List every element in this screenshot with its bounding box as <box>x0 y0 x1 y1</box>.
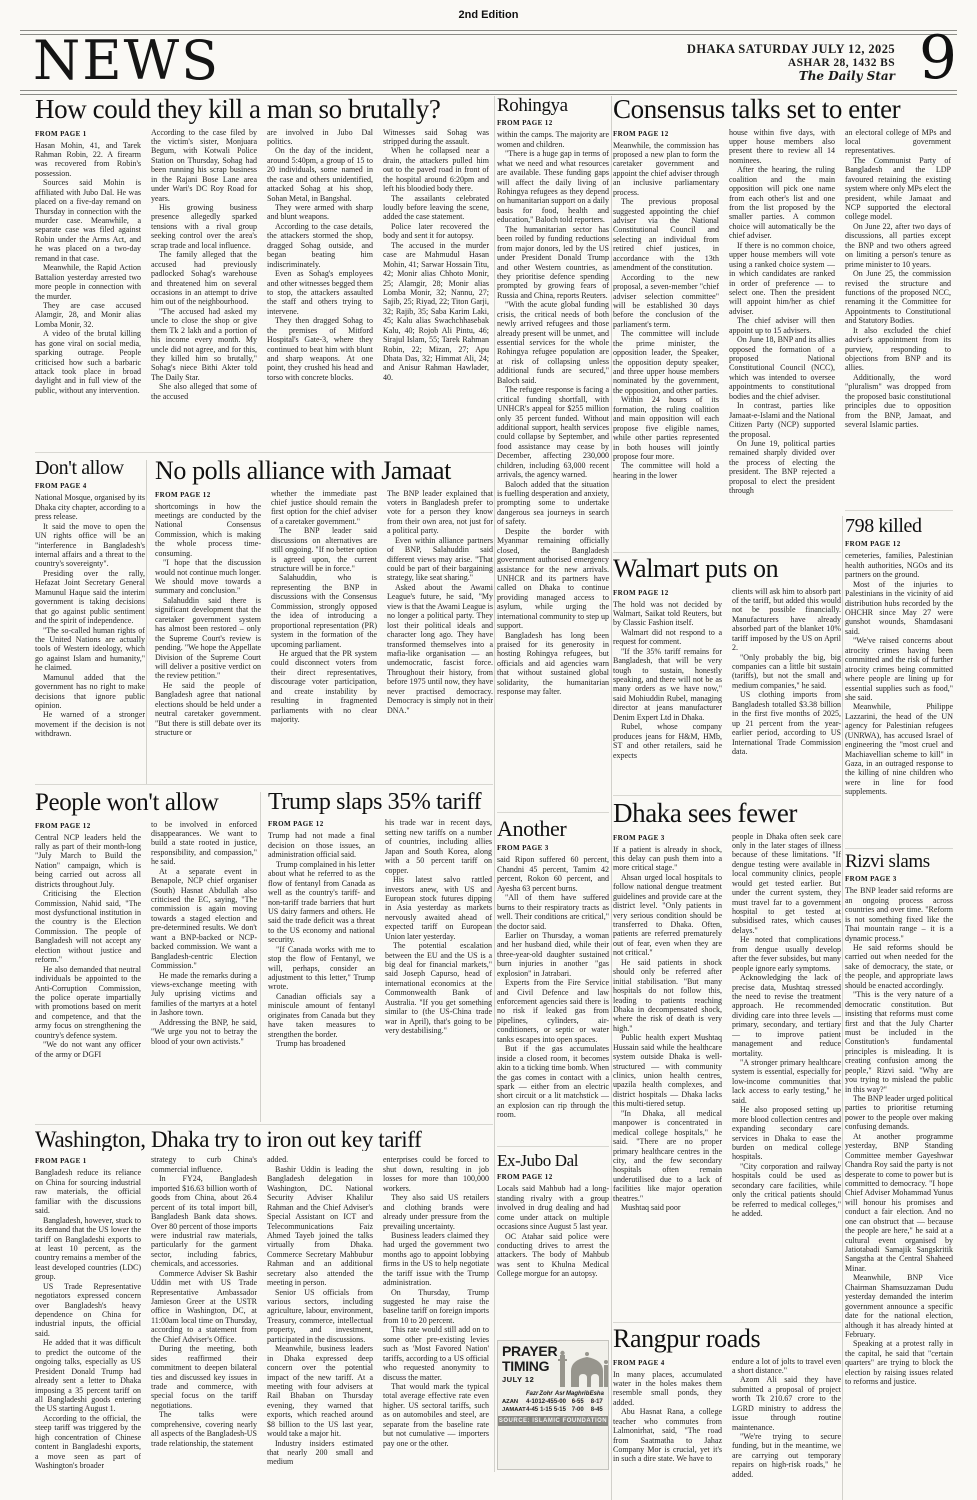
from-page-tag: FROM PAGE 12 <box>155 491 261 499</box>
paragraph: Abu Hasnat Rana, a college teacher who c… <box>613 1407 722 1464</box>
article-headline: Rangpur roads <box>613 1326 841 1353</box>
column-text: clients will ask him to absorb part of t… <box>732 587 841 757</box>
prayer-time: 5-00 <box>554 1398 566 1406</box>
article-column: FROM PAGE 12 Trump had not made a final … <box>268 818 375 1112</box>
paragraph: He also proposed setting up more blood c… <box>732 1105 841 1162</box>
article-rizvi: Rizvi slams FROM PAGE 3 The BNP leader s… <box>845 852 953 1500</box>
paragraph: His latest salvo rattled investors anew,… <box>385 875 492 941</box>
paragraph: Rubel, whose company produces jeans for … <box>613 722 722 760</box>
paragraph: She also alleged that some of the accuse… <box>151 382 257 401</box>
paper-logo: The Daily Star <box>687 69 895 84</box>
paragraph: US clothing imports from Bangladesh tota… <box>732 690 841 756</box>
paragraph: "The accused had asked my uncle to close… <box>151 307 257 383</box>
column-text: are involved in Jubo Dal politics.On the… <box>267 128 373 383</box>
paragraph: are involved in Jubo Dal politics. <box>267 128 373 147</box>
paragraph: Witnesses said Sohag was stripped during… <box>383 128 489 147</box>
prayer-col: Zohr <box>538 1390 553 1398</box>
paragraph: On June 22, after two days of discussion… <box>845 222 951 269</box>
prayer-col-spacer <box>502 1390 526 1398</box>
paragraph: Industry insiders estimated that nearly … <box>267 1439 373 1467</box>
paragraph: "If the 35% tariff remains for Banglades… <box>613 647 722 723</box>
paragraph: house within five days, with upper house… <box>729 128 835 166</box>
paragraph: The BNP leader urged political parties t… <box>845 1094 953 1132</box>
article-798-killed: 798 killed FROM PAGE 12 cemeteries, fami… <box>845 516 953 846</box>
article-headline: Another <box>497 818 609 840</box>
paragraph: He noted that complications from dengue … <box>732 935 841 973</box>
prayer-col: Asr <box>554 1390 566 1398</box>
paragraph: That would mark the typical total averag… <box>383 1382 489 1448</box>
article-column: FROM PAGE 12 The hold was not decided by… <box>613 587 722 783</box>
paragraph: After the hearing, the ruling coalition … <box>729 165 835 241</box>
column-text: people in Dhaka often seek care only in … <box>732 832 841 1219</box>
mosque-silhouette-icon <box>557 1345 609 1387</box>
prayer-table: Fazr Zohr Asr Maghrib Esha AZAN 4-10 12-… <box>502 1390 604 1414</box>
article-column: his trade war in recent days, setting ne… <box>385 818 492 1112</box>
paragraph: Most of the injuries to Palestinians in … <box>845 580 953 637</box>
paragraph: The refugee response is facing a critica… <box>497 385 609 479</box>
column-divider <box>260 792 261 1122</box>
from-page-tag: FROM PAGE 1 <box>35 130 141 138</box>
column-text: shortcomings in how the meetings are con… <box>155 502 261 738</box>
paragraph: National Mosque, organised by its Dhaka … <box>35 493 145 521</box>
paragraph: Addressing the BNP, he said, "We urge yo… <box>151 1018 257 1046</box>
section-divider <box>613 795 841 796</box>
from-page-tag: FROM PAGE 12 <box>845 540 953 548</box>
from-page-tag: FROM PAGE 12 <box>497 1173 609 1181</box>
paragraph: The committee will hold a hearing in the… <box>613 461 719 480</box>
section-divider <box>35 452 493 453</box>
masthead-calendar: ASHAR 28, 1432 BS <box>687 57 895 69</box>
article-columns: FROM PAGE 12 shortcomings in how the mee… <box>155 489 493 777</box>
paragraph: Locals said Mahbub had a long-standing r… <box>497 1184 609 1231</box>
paragraph: an electoral college of MPs and local go… <box>845 128 951 156</box>
paragraph: Meanwhile, the commission has proposed a… <box>613 141 719 198</box>
article-headline: Trump slaps 35% tariff <box>268 790 493 814</box>
paragraph: "We do not want any officer of the army … <box>35 1040 141 1059</box>
paragraph: Public health expert Mushtaq Hussain sai… <box>613 1033 722 1109</box>
column-text: strategy to curb China's commercial infl… <box>151 1155 257 1448</box>
paragraph: The BNP leader explained that voters in … <box>387 489 493 536</box>
paragraph: Hasan Mohin, 41, and Tarek Rahman Robin,… <box>35 141 141 179</box>
paragraph: The BNP leader said reforms are an ongoi… <box>845 886 953 943</box>
prayer-time: 12-45 <box>538 1398 553 1406</box>
article-column: to be involved in enforced disappearance… <box>151 820 257 1114</box>
prayer-source: SOURCE: ISLAMIC FOUNDATION <box>498 1416 608 1426</box>
article-column: house within five days, with upper house… <box>729 128 835 544</box>
article-dont-allow: Don't allow FROM PAGE 4 National Mosque,… <box>35 458 145 786</box>
paragraph: people in Dhaka often seek care only in … <box>732 832 841 936</box>
paragraph: Sources said Mohin is affiliated with Ju… <box>35 178 141 263</box>
prayer-col: Maghrib <box>566 1390 590 1398</box>
masthead-date: DHAKA SATURDAY JULY 12, 2025 <box>687 42 895 57</box>
prayer-title-line1: PRAYER <box>502 1344 557 1359</box>
column-text: The BNP leader said reforms are an ongoi… <box>845 886 953 1386</box>
paragraph: He added that it was difficult to predic… <box>35 1338 141 1414</box>
article-column: FROM PAGE 1 Bangladesh reduce its relian… <box>35 1155 141 1491</box>
section-divider <box>845 848 953 849</box>
article-kill: How could they kill a man so brutally? F… <box>35 96 493 452</box>
article-column: enterprises could be forced to shut down… <box>383 1155 489 1491</box>
from-page-tag: FROM PAGE 3 <box>845 875 953 883</box>
from-page-tag: FROM PAGE 4 <box>35 482 145 490</box>
paragraph: The accused in the murder case are Mahmu… <box>383 241 489 383</box>
prayer-table-header: Fazr Zohr Asr Maghrib Esha <box>502 1390 604 1398</box>
paragraph: On June 25, the commission revised the s… <box>845 269 951 326</box>
paragraph: "We've raised concerns about atrocity cr… <box>845 636 953 702</box>
prayer-time: 8-45 <box>589 1406 604 1414</box>
prayer-row-label: AZAN <box>502 1398 526 1406</box>
paragraph: endure a lot of jolts to travel even a s… <box>732 1357 841 1376</box>
masthead-info: DHAKA SATURDAY JULY 12, 2025 ASHAR 28, 1… <box>687 42 895 84</box>
column-divider <box>842 516 843 1500</box>
paragraph: The hold was not decided by Walmart, Sai… <box>613 600 722 628</box>
paragraph: On the day of the incident, around 5:40p… <box>267 146 373 203</box>
from-page-tag: FROM PAGE 3 <box>497 844 609 852</box>
paragraph: At another programme yesterday, BNP Stan… <box>845 1132 953 1274</box>
paragraph: When he collapsed near a drain, the atta… <box>383 146 489 193</box>
paragraph: Bashir Uddin is leading the Bangladesh d… <box>267 1165 373 1288</box>
paragraph: At a separate event in Benapole, NCP chi… <box>151 867 257 971</box>
paragraph: US Trade Representative negotiators expr… <box>35 1282 141 1339</box>
article-no-polls-alliance: No polls alliance with Jamaat FROM PAGE … <box>155 458 493 786</box>
paragraph: Police later recovered the body and sent… <box>383 222 489 241</box>
from-page-tag: FROM PAGE 12 <box>268 820 375 828</box>
paragraph: clients will ask him to absorb part of t… <box>732 587 841 653</box>
article-columns: FROM PAGE 12 Central NCP leaders held th… <box>35 820 257 1114</box>
paragraph: Additionally, the word "pluralism" was d… <box>845 373 951 430</box>
paragraph: "There is a huge gap in terms of what we… <box>497 149 609 225</box>
prayer-title-line2: TIMING <box>502 1359 557 1374</box>
article-columns: FROM PAGE 1 Bangladesh reduce its relian… <box>35 1155 493 1491</box>
article-people-wont-allow: People won't allow FROM PAGE 12 Central … <box>35 790 257 1124</box>
paragraph: On Thursday, Trump suggested he may rais… <box>383 1288 489 1326</box>
article-column: people in Dhaka often seek care only in … <box>732 832 841 1310</box>
paragraph: Speaking at a protest rally in the capit… <box>845 1339 953 1386</box>
article-column: FROM PAGE 12 Meanwhile, the commission h… <box>613 128 719 544</box>
paragraph: He made the remarks during a views-excha… <box>151 971 257 1018</box>
paragraph: They then dragged Sohag to the premises … <box>267 316 373 382</box>
paragraph: They also said US retailers and clothing… <box>383 1193 489 1231</box>
paragraph: On June 18, BNP and its allies opposed t… <box>729 335 835 401</box>
column-text: house within five days, with upper house… <box>729 128 835 496</box>
column-text: whether the immediate past chief justice… <box>271 489 377 725</box>
article-column: The BNP leader explained that voters in … <box>387 489 493 777</box>
article-column: Witnesses said Sohag was stripped during… <box>383 128 489 442</box>
section-title: NEWS <box>33 34 220 88</box>
article-columns: FROM PAGE 12 Trump had not made a final … <box>268 818 493 1112</box>
paragraph: Mamunul added that the government has no… <box>35 673 145 711</box>
paragraph: Walmart did not respond to a request for… <box>613 628 722 647</box>
paragraph: strategy to curb China's commercial infl… <box>151 1155 257 1174</box>
paragraph: within the camps. The majority are women… <box>497 130 609 149</box>
column-text: to be involved in enforced disappearance… <box>151 820 257 1047</box>
article-column: are involved in Jubo Dal politics.On the… <box>267 128 373 442</box>
paragraph: He said the people of Bangladesh agree t… <box>155 681 261 738</box>
article-headline: How could they kill a man so brutally? <box>35 96 493 124</box>
article-headline: Ex-Jubo Dal <box>497 1152 609 1169</box>
paragraph: They are case accused Alamgir, 28, and M… <box>35 301 141 329</box>
section-divider <box>35 1124 493 1125</box>
article-column: FROM PAGE 1 Hasan Mohin, 41, and Tarek R… <box>35 128 141 442</box>
paragraph: If there is no common choice, upper hous… <box>729 241 835 317</box>
article-washington-dhaka-tariff: Washington, Dhaka try to iron out key ta… <box>35 1128 493 1500</box>
page-number: 9 <box>919 28 957 88</box>
paragraph: During the meeting, both sides reaffirme… <box>151 1344 257 1410</box>
masthead-rule-bottom <box>20 90 957 95</box>
paragraph: His growing business presence allegedly … <box>151 203 257 250</box>
column-text: an electoral college of MPs and local go… <box>845 128 951 430</box>
column-text: If a patient is already in shock, this d… <box>613 845 722 1213</box>
article-column: FROM PAGE 12 Central NCP leaders held th… <box>35 820 141 1114</box>
prayer-titles: PRAYER TIMING JULY 12 <box>502 1344 557 1384</box>
prayer-row-label: JAMAAT <box>502 1406 526 1414</box>
paragraph: Business leaders claimed they had urged … <box>383 1231 489 1288</box>
column-text: Locals said Mahbub had a long-standing r… <box>497 1184 609 1278</box>
column-text: National Mosque, organised by its Dhaka … <box>35 493 145 738</box>
paragraph: Bangladesh reduce its reliance on China … <box>35 1168 141 1215</box>
column-text: Trump had not made a final decision on t… <box>268 831 375 1048</box>
article-headline: 798 killed <box>845 516 953 536</box>
prayer-time: 7-00 <box>566 1406 590 1414</box>
paragraph: Meanwhile, BNP Vice Chairman Shamsuzzama… <box>845 1273 953 1339</box>
article-column: strategy to curb China's commercial infl… <box>151 1155 257 1491</box>
paragraph: "If Canada works with me to stop the flo… <box>268 945 375 992</box>
paragraph: Meanwhile, the Rapid Action Battalion ye… <box>35 263 141 301</box>
paragraph: "All of them have suffered burns to thei… <box>497 893 609 931</box>
prayer-col: Fazr <box>526 1390 538 1398</box>
paragraph: Salahuddin, who is representing the BNP … <box>271 573 377 649</box>
paragraph: He also demanded that neutral individual… <box>35 965 141 1041</box>
paragraph: Criticising the Election Commission, Nah… <box>35 889 141 965</box>
paragraph: The committee will include the prime min… <box>613 329 719 395</box>
paragraph: Mushtaq said poor <box>613 1203 722 1212</box>
article-column: endure a lot of jolts to travel even a s… <box>732 1357 841 1489</box>
article-dhaka-sees-fewer: Dhaka sees fewer FROM PAGE 3 If a patien… <box>613 800 841 1322</box>
paragraph: "We're trying to secure funding, but in … <box>732 1432 841 1479</box>
paragraph: "This is the very nature of a democratic… <box>845 990 953 1094</box>
column-text: According to the case filed by the victi… <box>151 128 257 402</box>
paragraph: According to the new proposal, a seven-m… <box>613 273 719 330</box>
paragraph: Earlier on Thursday, a woman and her hus… <box>497 931 609 978</box>
paragraph: Meanwhile, business leaders in Dhaka exp… <box>267 1344 373 1438</box>
paragraph: In many places, accumulated water in the… <box>613 1370 722 1408</box>
column-text: said Ripon suffered 60 percent, Chandni … <box>497 855 609 1119</box>
paragraph: Trump had not made a final decision on t… <box>268 831 375 859</box>
article-column: an electoral college of MPs and local go… <box>845 128 951 500</box>
paragraph: Presiding over the rally, Hefazat Joint … <box>35 569 145 626</box>
paragraph: According to the official, the steep tar… <box>35 1414 141 1471</box>
paragraph: cemeteries, families, Palestinian health… <box>845 551 953 579</box>
prayer-time: 5-15 <box>554 1406 566 1414</box>
paragraph: Acknowledging the lack of precise data, … <box>732 973 841 1058</box>
paragraph: shortcomings in how the meetings are con… <box>155 502 261 559</box>
paragraph: If a patient is already in shock, this d… <box>613 845 722 873</box>
paragraph: whether the immediate past chief justice… <box>271 489 377 527</box>
paragraph: Despite the border with Myanmar remainin… <box>497 527 609 631</box>
column-text: In many places, accumulated water in the… <box>613 1370 722 1464</box>
article-columns: FROM PAGE 1 Hasan Mohin, 41, and Tarek R… <box>35 128 493 442</box>
article-ex-jubo-dal: Ex-Jubo Dal FROM PAGE 12 Locals said Mah… <box>497 1152 609 1336</box>
paragraph: The assailants celebrated loudly before … <box>383 194 489 222</box>
paragraph: According to the case details, the attac… <box>267 222 373 269</box>
paragraph: said Ripon suffered 60 percent, Chandni … <box>497 855 609 893</box>
paragraph: "City corporation and railway hospitals … <box>732 1162 841 1219</box>
article-columns: FROM PAGE 12 Meanwhile, the commission h… <box>613 128 953 544</box>
paragraph: Azom Ali said they have submitted a prop… <box>732 1375 841 1432</box>
paragraph: Commerce Adviser Sk Bashir Uddin met wit… <box>151 1269 257 1345</box>
paragraph: The humanitarian sector has been roiled … <box>497 225 609 301</box>
paragraph: Even as Sohag's employees and other witn… <box>267 269 373 316</box>
from-page-tag: FROM PAGE 4 <box>613 1359 722 1367</box>
from-page-tag: FROM PAGE 12 <box>35 822 141 830</box>
paragraph: OC Atahar said police were conducting dr… <box>497 1232 609 1279</box>
paragraph: Trump complained in his letter about wha… <box>268 860 375 945</box>
article-rangpur-roads: Rangpur roads FROM PAGE 4 In many places… <box>613 1326 841 1500</box>
paragraph: Even within alliance partners of BNP, Sa… <box>387 536 493 583</box>
article-headline: Washington, Dhaka try to iron out key ta… <box>35 1128 493 1151</box>
article-headline: Rohingya <box>497 96 609 115</box>
paragraph: Experts from the Fire Service and Civil … <box>497 978 609 1044</box>
paragraph: According to the case filed by the victi… <box>151 128 257 204</box>
from-page-tag: FROM PAGE 12 <box>613 130 719 138</box>
article-column: FROM PAGE 12 shortcomings in how the mee… <box>155 489 261 777</box>
prayer-time: 4-45 <box>526 1406 538 1414</box>
paragraph: On June 19, political parties remained s… <box>729 439 835 496</box>
paragraph: A video of the brutal killing has gone v… <box>35 329 141 395</box>
paragraph: He said reforms should be carried out wh… <box>845 943 953 990</box>
section-divider <box>613 1322 841 1323</box>
paragraph: Baloch added that the situation is fuell… <box>497 480 609 527</box>
paragraph: Central NCP leaders held the rally as pa… <box>35 833 141 890</box>
paragraph: added. <box>267 1155 373 1164</box>
prayer-row-jamaat: JAMAAT 4-45 1-15 5-15 7-00 8-45 <box>502 1406 604 1414</box>
column-text: endure a lot of jolts to travel even a s… <box>732 1357 841 1480</box>
paragraph: Ahsan urged local hospitals to follow na… <box>613 873 722 958</box>
column-text: added.Bashir Uddin is leading the Bangla… <box>267 1155 373 1466</box>
paragraph: "The so-called human rights of the Unite… <box>35 626 145 673</box>
column-text: The hold was not decided by Walmart, Sai… <box>613 600 722 760</box>
paragraph: It said the move to open the UN rights o… <box>35 522 145 569</box>
paragraph: The family alleged that the accused had … <box>151 250 257 307</box>
paragraph: The previous proposal suggested appointi… <box>613 197 719 273</box>
article-headline: People won't allow <box>35 790 257 816</box>
prayer-row-azan: AZAN 4-10 12-45 5-00 6-55 8-17 <box>502 1398 604 1406</box>
paragraph: his trade war in recent days, setting ne… <box>385 818 492 875</box>
article-rohingya: Rohingya FROM PAGE 12 within the camps. … <box>497 96 609 810</box>
paragraph: Salahuddin said there is significant dev… <box>155 596 261 681</box>
paragraph: This rate would still add on to some oth… <box>383 1325 489 1382</box>
from-page-tag: FROM PAGE 1 <box>35 1157 141 1165</box>
article-walmart: Walmart puts on FROM PAGE 12 The hold wa… <box>613 556 841 794</box>
article-headline: No polls alliance with Jamaat <box>155 458 493 485</box>
column-text: Meanwhile, the commission has proposed a… <box>613 141 719 481</box>
article-headline: Rizvi slams <box>845 852 953 871</box>
article-consensus: Consensus talks set to enter FROM PAGE 1… <box>613 96 953 554</box>
column-text: Witnesses said Sohag was stripped during… <box>383 128 489 383</box>
article-column: added.Bashir Uddin is leading the Bangla… <box>267 1155 373 1491</box>
article-headline: Don't allow <box>35 458 145 478</box>
paragraph: Trump has broadened <box>268 1039 375 1048</box>
from-page-tag: FROM PAGE 12 <box>497 119 609 127</box>
paragraph: Within 24 hours of its formation, the ru… <box>613 395 719 461</box>
column-text: The BNP leader explained that voters in … <box>387 489 493 716</box>
newspaper-page: 2nd Edition NEWS DHAKA SATURDAY JULY 12,… <box>0 0 977 1500</box>
article-column: FROM PAGE 4 In many places, accumulated … <box>613 1357 722 1489</box>
column-text: Bangladesh reduce its reliance on China … <box>35 1168 141 1470</box>
paragraph: "A stronger primary healthcare system is… <box>732 1058 841 1105</box>
prayer-time: 1-15 <box>538 1406 553 1414</box>
edition-label: 2nd Edition <box>0 9 977 21</box>
article-headline: Walmart puts on <box>613 556 841 583</box>
column-text: within the camps. The majority are women… <box>497 130 609 696</box>
article-headline: Dhaka sees fewer <box>613 800 841 828</box>
from-page-tag: FROM PAGE 3 <box>613 834 722 842</box>
prayer-date: JULY 12 <box>502 1375 557 1384</box>
paragraph: The Communist Party of Bangladesh and th… <box>845 156 951 222</box>
article-headline: Consensus talks set to enter <box>613 96 953 124</box>
column-divider <box>494 96 495 1472</box>
paragraph: "I hope that the discussion would not co… <box>155 558 261 596</box>
column-divider <box>611 96 612 1500</box>
paragraph: Asked about the Awami League's future, h… <box>387 583 493 715</box>
prayer-col: Esha <box>589 1390 604 1398</box>
prayer-header: PRAYER TIMING JULY 12 <box>502 1344 604 1387</box>
paragraph: He said patients in shock should only be… <box>613 958 722 1034</box>
column-divider <box>146 460 147 784</box>
paragraph: He warned of a stronger movement if the … <box>35 710 145 738</box>
paragraph: The chief adviser will then appoint up t… <box>729 316 835 335</box>
paragraph: Senior US officials from various sectors… <box>267 1288 373 1345</box>
section-divider <box>497 812 609 813</box>
article-another: Another FROM PAGE 3 said Ripon suffered … <box>497 818 609 1144</box>
article-trump-tariff: Trump slaps 35% tariff FROM PAGE 12 Trum… <box>268 790 493 1124</box>
paragraph: Bangladesh, however, stuck to its demand… <box>35 1216 141 1282</box>
prayer-time: 6-55 <box>566 1398 590 1406</box>
paragraph: "In Dhaka, all medical manpower is conce… <box>613 1109 722 1203</box>
paragraph: Canadian officials say a miniscule amoun… <box>268 992 375 1039</box>
column-text: cemeteries, families, Palestinian health… <box>845 551 953 796</box>
paragraph: They were armed with sharp and blunt wea… <box>267 203 373 222</box>
article-columns: FROM PAGE 12 The hold was not decided by… <box>613 587 841 783</box>
section-divider <box>497 1146 609 1147</box>
paragraph: In FY24, Bangladesh imported $16.63 bill… <box>151 1174 257 1268</box>
paragraph: But if the gas accumulates inside a clos… <box>497 1044 609 1120</box>
paragraph: The potential escalation between the EU … <box>385 941 492 1035</box>
prayer-time: 8-17 <box>589 1398 604 1406</box>
paragraph: The talks were comprehensive, covering n… <box>151 1410 257 1448</box>
column-text: enterprises could be forced to shut down… <box>383 1155 489 1448</box>
article-columns: FROM PAGE 3 If a patient is already in s… <box>613 832 841 1310</box>
article-column: According to the case filed by the victi… <box>151 128 257 442</box>
paragraph: It also excluded the chief adviser's app… <box>845 326 951 373</box>
article-columns: FROM PAGE 4 In many places, accumulated … <box>613 1357 841 1489</box>
column-text: Central NCP leaders held the rally as pa… <box>35 833 141 1060</box>
column-text: his trade war in recent days, setting ne… <box>385 818 492 1035</box>
paragraph: enterprises could be forced to shut down… <box>383 1155 489 1193</box>
paragraph: to be involved in enforced disappearance… <box>151 820 257 867</box>
column-text: Hasan Mohin, 41, and Tarek Rahman Robin,… <box>35 141 141 396</box>
article-column: clients will ask him to absorb part of t… <box>732 587 841 783</box>
paragraph: He argued that the PR system could disco… <box>271 649 377 725</box>
from-page-tag: FROM PAGE 12 <box>613 589 722 597</box>
article-column: FROM PAGE 3 If a patient is already in s… <box>613 832 722 1310</box>
prayer-time: 4-10 <box>526 1398 538 1406</box>
paragraph: "With the acute global funding crisis, t… <box>497 300 609 385</box>
paragraph: In contrast, parties like Jamaat-e-Islam… <box>729 401 835 439</box>
paragraph: "Only probably the big, big companies ca… <box>732 653 841 691</box>
paragraph: The BNP leader said discussions on alter… <box>271 526 377 573</box>
paragraph: Bangladesh has long been praised for its… <box>497 631 609 697</box>
